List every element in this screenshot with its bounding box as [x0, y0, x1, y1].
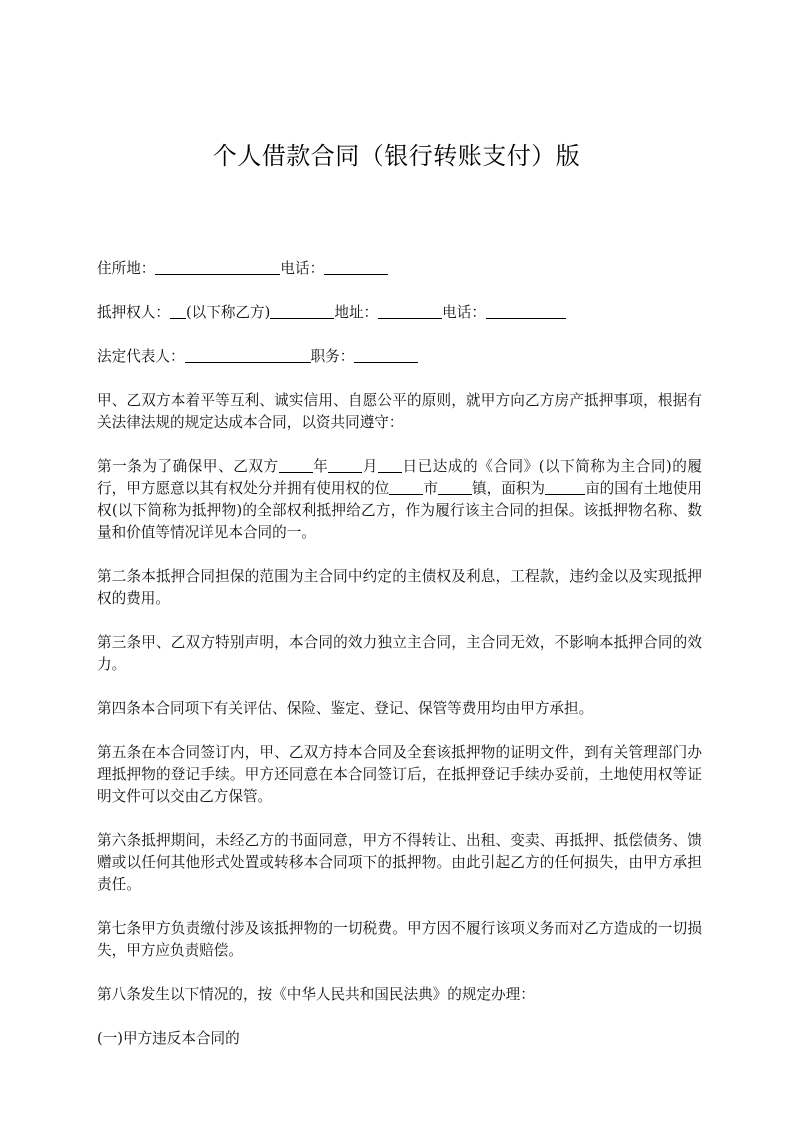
article-6: 第六条抵押期间，未经乙方的书面同意，甲方不得转让、出租、变卖、再抵押、抵偿债务、…	[97, 830, 702, 896]
phone2-blank	[486, 304, 566, 319]
year-blank	[279, 458, 313, 473]
document-title: 个人借款合同（银行转账支付）版	[0, 136, 793, 171]
article-8: 第八条发生以下情况的，按《中华人民共和国民法典》的规定办理：	[97, 984, 702, 1006]
position-label: 职务：	[311, 348, 355, 365]
article-7: 第七条甲方负责缴付涉及该抵押物的一切税费。甲方因不履行该项义务而对乙方造成的一切…	[97, 918, 702, 962]
address-line: 住所地：电话：	[97, 258, 702, 280]
city-label: 市	[423, 480, 438, 497]
phone-blank	[324, 260, 388, 275]
day-blank	[378, 458, 402, 473]
year-label: 年	[313, 458, 329, 475]
phone2-label: 电话：	[442, 304, 486, 321]
intro-paragraph: 甲、乙双方本着平等互利、诚实信用、自愿公平的原则，就甲方向乙方房产抵押事项，根据…	[97, 390, 702, 434]
area-blank	[545, 480, 585, 495]
mortgagee-suffix: (以下称乙方)	[186, 304, 270, 321]
article-2: 第二条本抵押合同担保的范围为主合同中约定的主债权及利息，工程款，违约金以及实现抵…	[97, 566, 702, 610]
month-label: 月	[362, 458, 378, 475]
article-4: 第四条本合同项下有关评估、保险、鉴定、登记、保管等费用均由甲方承担。	[97, 698, 702, 720]
mortgagee-name-blank	[270, 304, 334, 319]
legal-rep-blank	[185, 348, 311, 363]
legal-rep-label: 法定代表人：	[97, 348, 185, 365]
mortgagee-line: 抵押权人：(以下称乙方)地址：电话：	[97, 302, 702, 324]
article-5: 第五条在本合同签订内，甲、乙双方持本合同及全套该抵押物的证明文件，到有关管理部门…	[97, 742, 702, 808]
town-blank	[438, 480, 472, 495]
position-blank	[354, 348, 418, 363]
addr2-label: 地址：	[334, 304, 378, 321]
address-blank	[155, 260, 280, 275]
address-label: 住所地：	[97, 260, 155, 277]
document-page: 个人借款合同（银行转账支付）版 住所地：电话： 抵押权人：(以下称乙方)地址：电…	[0, 0, 793, 1122]
mortgagee-blank	[170, 304, 186, 319]
addr2-blank	[378, 304, 442, 319]
month-blank	[328, 458, 362, 473]
town-label: 镇，面积为	[472, 480, 545, 497]
mortgagee-label: 抵押权人：	[97, 304, 170, 321]
article-3: 第三条甲、乙双方特别声明，本合同的效力独立主合同，主合同无效，不影响本抵押合同的…	[97, 632, 702, 676]
city-blank	[389, 480, 423, 495]
phone-label: 电话：	[280, 260, 324, 277]
article-1: 第一条为了确保甲、乙双方年月日已达成的《合同》(以下简称为主合同)的履行，甲方愿…	[97, 456, 702, 544]
legal-rep-line: 法定代表人：职务：	[97, 346, 702, 368]
article-1-text: 第一条为了确保甲、乙双方	[97, 458, 279, 475]
article-8-item-1: (一)甲方违反本合同的	[97, 1028, 702, 1050]
document-body: 住所地：电话： 抵押权人：(以下称乙方)地址：电话： 法定代表人：职务： 甲、乙…	[97, 258, 702, 1072]
